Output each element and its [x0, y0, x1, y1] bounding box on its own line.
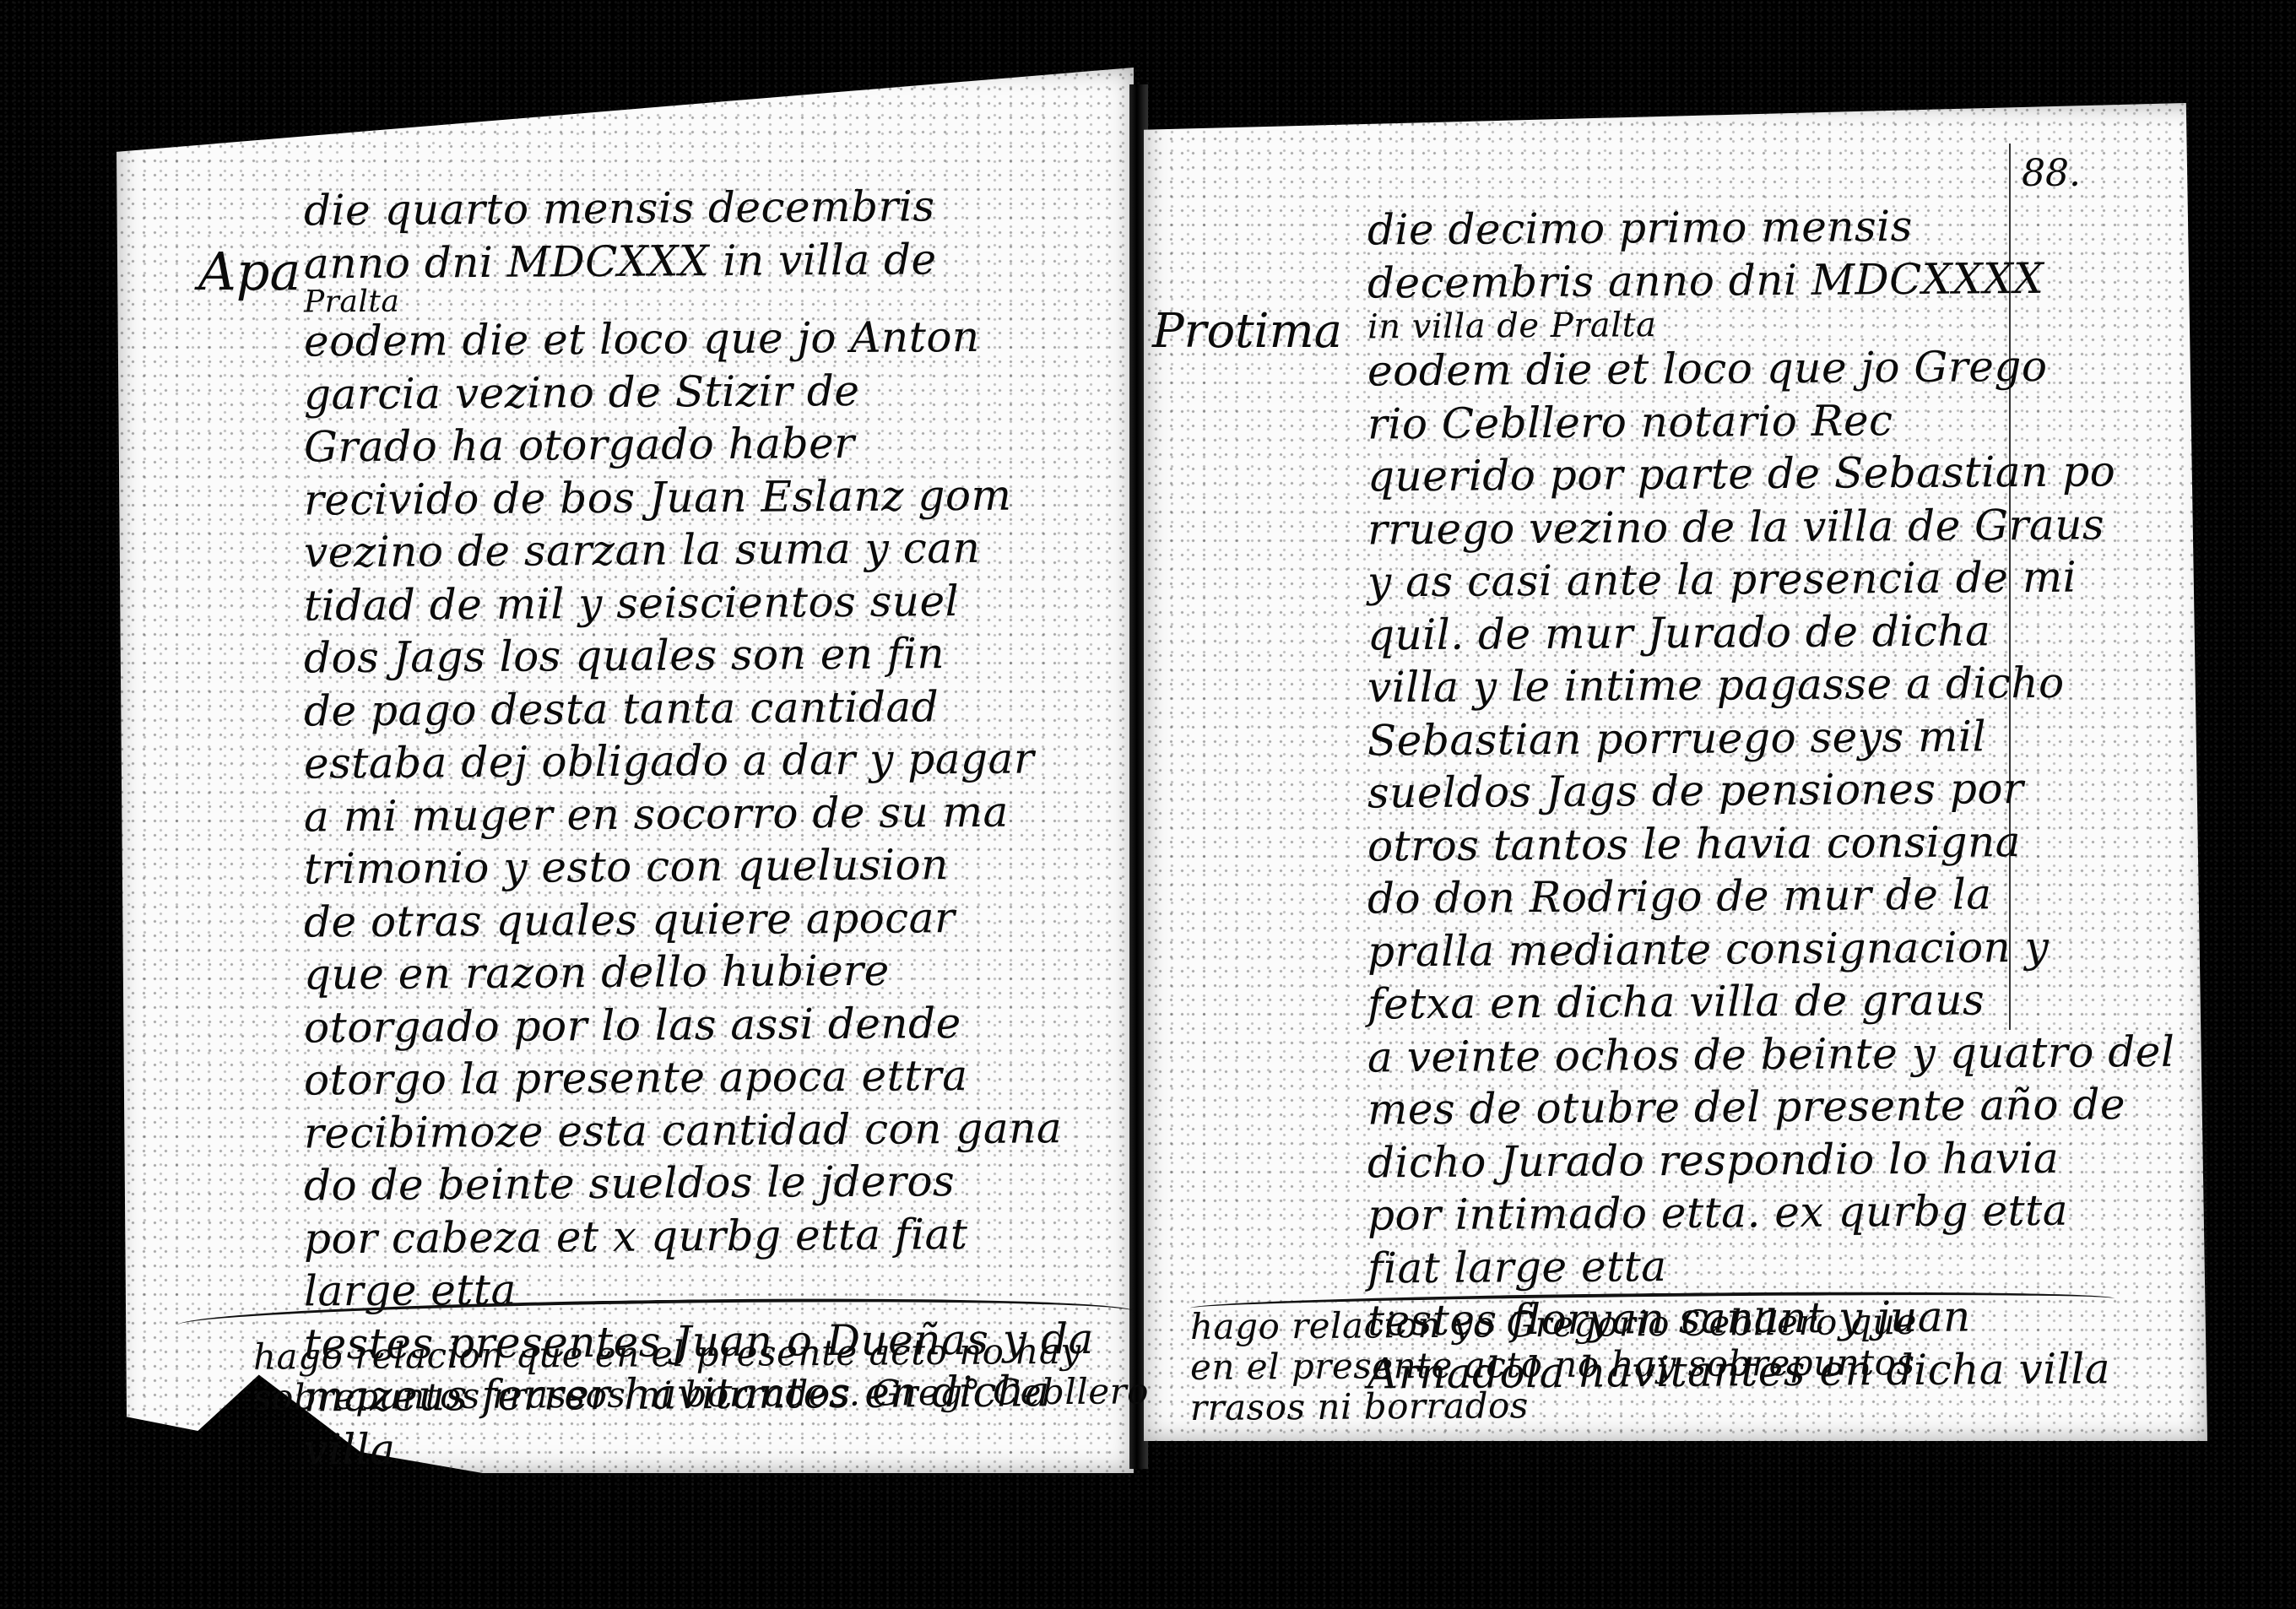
right-page-footnote: hago relacion yo Gregorio Cebllero que e… [1190, 1304, 1917, 1426]
left-page-footnote: hago relacion que en el presente acto no… [253, 1334, 1149, 1415]
text-line: otorgo la presente apoca ettra [304, 1048, 1148, 1107]
text-line: die quarto mensis decembris [304, 179, 1148, 237]
text-line: de otras quales quiere apocar [304, 890, 1148, 948]
text-line: rio Cebllero notario Rec [1367, 392, 2212, 450]
text-line: vezino de sarzan la suma y can [304, 521, 1148, 579]
text-line: sueldos Jags de pensiones por [1367, 761, 2212, 820]
text-line: garcia vezino de Stizir de [304, 362, 1148, 420]
text-line: a mi muger en socorro de su ma [304, 784, 1148, 842]
text-line: do don Rodrigo de mur de la [1367, 867, 2212, 925]
text-line: tidad de mil y seiscientos suel [304, 573, 1148, 631]
folio-number: 88. [2022, 152, 2081, 195]
text-line: mes de otubre del presente año de [1367, 1078, 2212, 1136]
footnote-line: hago relacion que en el presente acto no… [253, 1330, 1149, 1377]
text-line: villa [304, 1417, 1148, 1476]
text-line: anno dni MDCXXX in villa de [304, 231, 1148, 290]
text-line: do de beinte sueldos le jderos [304, 1154, 1148, 1212]
text-line: trimonio y esto con quelusion [304, 837, 1148, 896]
text-line: eodem die et loco que jo Anton [304, 310, 1148, 368]
text-line: die decimo primo mensis [1367, 198, 2212, 257]
footnote-line: hago relacion yo Gregorio Cebllero que [1190, 1302, 1917, 1347]
text-line: de pago desta tanta cantidad [304, 679, 1148, 737]
text-line: querido por parte de Sebastian po [1367, 445, 2212, 503]
text-line: recivido de bos Juan Eslanz gom [304, 468, 1148, 526]
text-line: otros tantos le havia consigna [1367, 814, 2212, 872]
right-page-text: die decimo primo mensis decembris anno d… [1367, 201, 2212, 1397]
text-line: dicho Jurado respondio lo havia [1367, 1130, 2212, 1189]
footnote-line: rrasos ni borrados [1190, 1383, 1917, 1428]
text-line: fiat large etta [1367, 1236, 2212, 1294]
text-line: rruego vezino de la villa de Graus [1367, 497, 2212, 555]
text-line: Sebastian porruego seys mil [1367, 708, 2212, 767]
text-line: in villa de Pralta [1367, 304, 2212, 345]
text-line: recibimoze esta cantidad con gana [304, 1101, 1148, 1159]
text-line: quil. de mur Jurado de dicha [1367, 603, 2212, 661]
text-line: a veinte ochos de beinte y quatro del [1367, 1025, 2212, 1083]
text-line: y as casi ante la presencia de mi [1367, 550, 2212, 609]
text-line: Grado ha otorgado haber [304, 415, 1148, 474]
footnote-line: sobrepuntos rrassos ni borrados. Greg° C… [253, 1371, 1149, 1417]
text-line: estaba dej obligado a dar y pagar [304, 732, 1148, 790]
footnote-line: en el presente acto no hay sobrepuntos [1190, 1342, 1917, 1388]
text-line: por cabeza et x qurbg etta fiat [304, 1206, 1148, 1265]
right-margin-annotation: Protima [1152, 304, 1342, 359]
text-line: otorgado por lo las assi dende [304, 995, 1148, 1054]
text-line: decembris anno dni MDCXXXX [1367, 251, 2212, 309]
text-line: villa y le intime pagasse a dicho [1367, 656, 2212, 714]
text-line: eodem die et loco que jo Grego [1367, 339, 2212, 398]
text-line: pralla mediante consignacion y [1367, 919, 2212, 978]
text-line: que en razon dello hubiere [304, 943, 1148, 1001]
text-line: dos Jags los quales son en fin [304, 626, 1148, 685]
text-line: fetxa en dicha villa de graus [1367, 972, 2212, 1031]
left-margin-annotation: Apa [198, 241, 301, 302]
text-line: por intimado etta. ex qurbg etta [1367, 1184, 2212, 1242]
left-page-text: die quarto mensis decembris anno dni MDC… [304, 181, 1148, 1473]
